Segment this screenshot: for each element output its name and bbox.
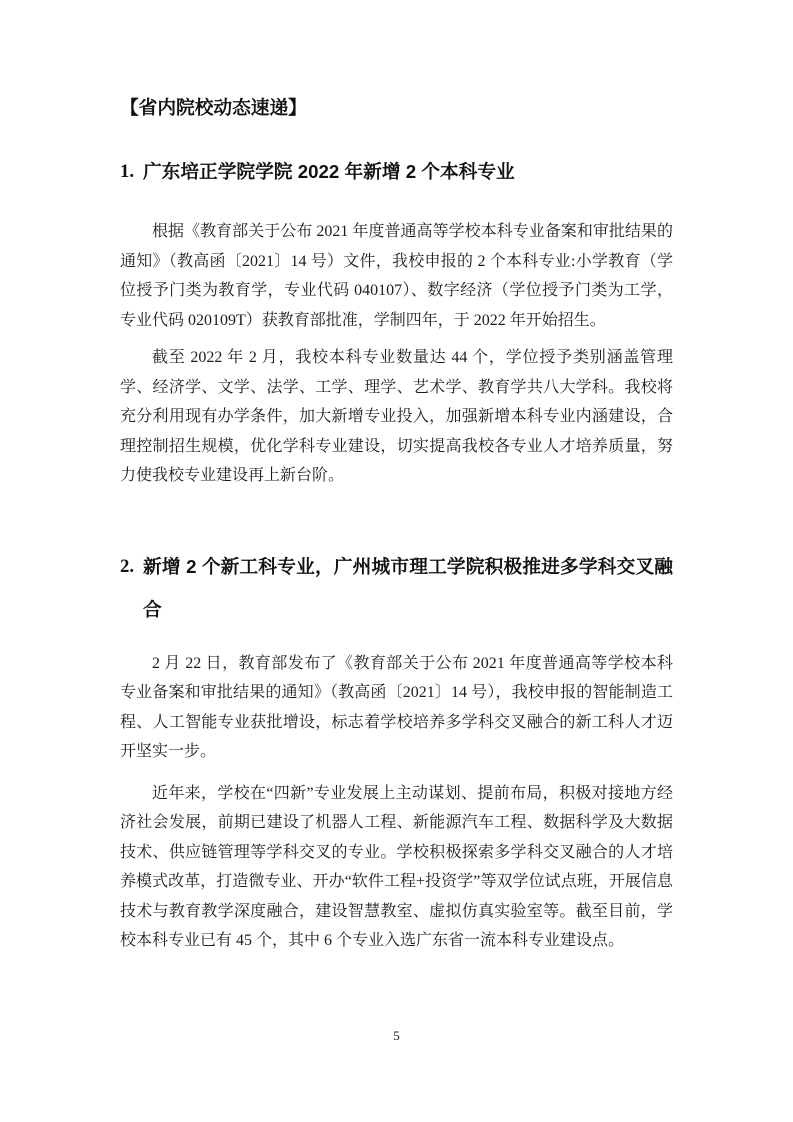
article-1-number: 1. (120, 158, 143, 186)
article-2: 2. 新增 2 个新工科专业，广州城市理工学院积极推进多学科交叉融合 2 月 2… (120, 545, 673, 956)
article-1-paragraph-1: 根据《教育部关于公布 2021 年度普通高等学校本科专业备案和审批结果的通知》（… (120, 217, 673, 335)
page-number: 5 (0, 1028, 793, 1044)
article-2-paragraph-2: 近年来，学校在“四新”专业发展上主动谋划、提前布局，积极对接地方经济社会发展，前… (120, 779, 673, 956)
document-content: 【省内院校动态速递】 1. 广东培正学院学院 2022 年新增 2 个本科专业 … (120, 0, 673, 956)
article-1-paragraph-2: 截至 2022 年 2 月，我校本科专业数量达 44 个，学位授予类别涵盖管理学… (120, 343, 673, 491)
article-2-title: 新增 2 个新工科专业，广州城市理工学院积极推进多学科交叉融合 (143, 545, 673, 631)
article-1-heading: 1. 广东培正学院学院 2022 年新增 2 个本科专业 (120, 158, 673, 186)
section-header: 【省内院校动态速递】 (120, 0, 673, 122)
article-2-paragraph-1: 2 月 22 日，教育部发布了《教育部关于公布 2021 年度普通高等学校本科专… (120, 649, 673, 767)
article-2-number: 2. (120, 545, 143, 588)
article-1: 1. 广东培正学院学院 2022 年新增 2 个本科专业 根据《教育部关于公布 … (120, 158, 673, 491)
article-1-title: 广东培正学院学院 2022 年新增 2 个本科专业 (143, 158, 673, 186)
article-2-heading: 2. 新增 2 个新工科专业，广州城市理工学院积极推进多学科交叉融合 (120, 545, 673, 631)
document-page: 【省内院校动态速递】 1. 广东培正学院学院 2022 年新增 2 个本科专业 … (0, 0, 793, 1122)
